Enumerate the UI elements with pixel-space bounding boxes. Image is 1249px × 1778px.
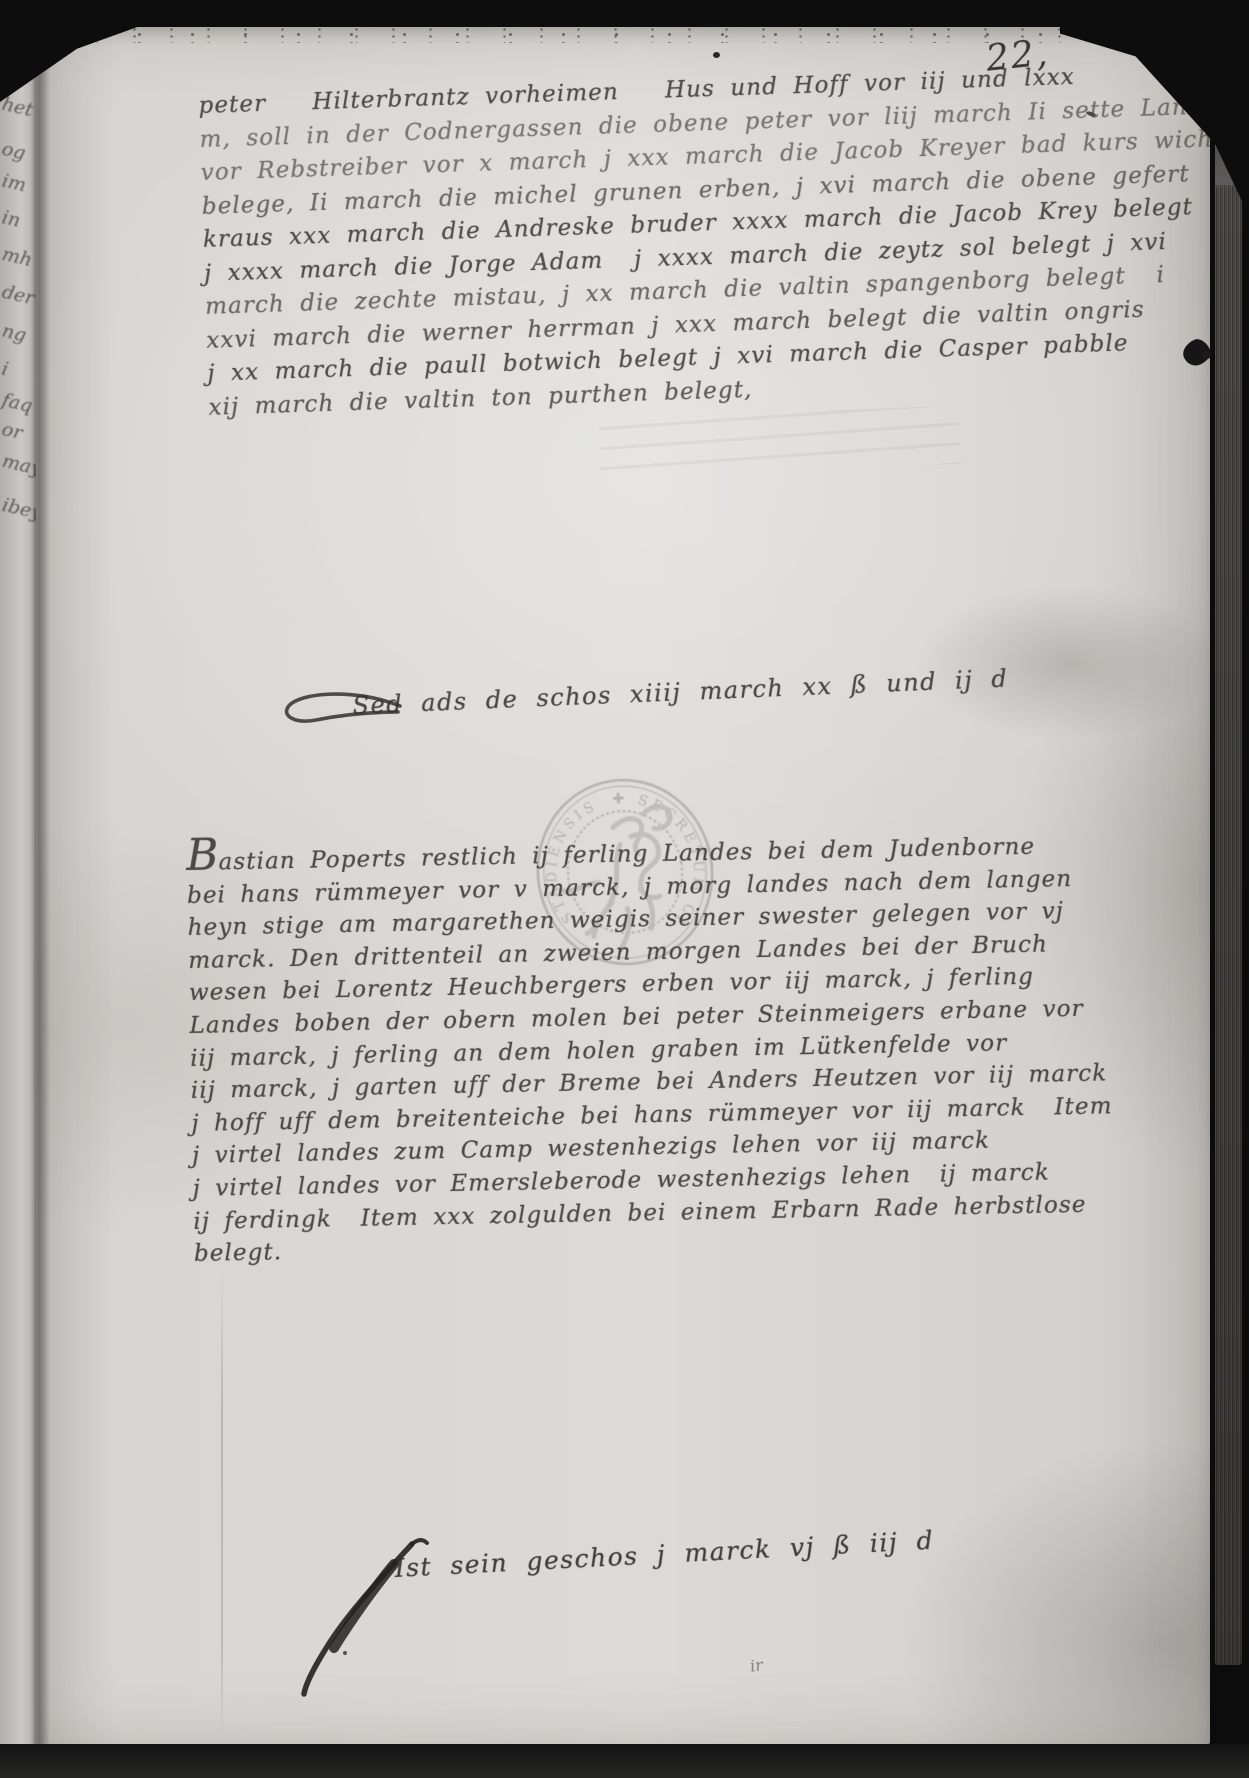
margin-text-fragment: ng <box>0 320 29 347</box>
margin-text-fragment: der <box>0 281 37 310</box>
margin-text-fragment: in <box>0 206 23 232</box>
manuscript-scan: het og im in mh der ng i faq or may ibey… <box>0 0 1249 1778</box>
ink-speck <box>343 1651 347 1655</box>
facing-page-sliver: het og im in mh der ng i faq or may ibey <box>0 54 40 1754</box>
entry-paragraph-1: peter Hilterbrantz vorheimen Hus und Hof… <box>198 61 1089 425</box>
fore-edge-page-stack <box>1215 185 1242 1665</box>
margin-text-fragment: or <box>0 418 25 444</box>
margin-text-fragment: faq <box>0 389 35 417</box>
margin-text-fragment: i <box>0 358 10 381</box>
page-crease <box>221 1270 223 1740</box>
entry-paragraph-2: Bastian Poperts restlich ij ferling Land… <box>186 823 1084 1271</box>
scan-background-top <box>0 0 1249 27</box>
margin-text-fragment: im <box>0 170 28 197</box>
marginal-mark: ir <box>749 1655 764 1676</box>
book-fore-edge <box>1210 0 1249 1778</box>
margin-text-fragment: og <box>0 138 28 165</box>
margin-text-fragment: mh <box>0 243 34 271</box>
scan-background-bottom <box>0 1744 1249 1778</box>
ink-speck <box>713 52 720 58</box>
